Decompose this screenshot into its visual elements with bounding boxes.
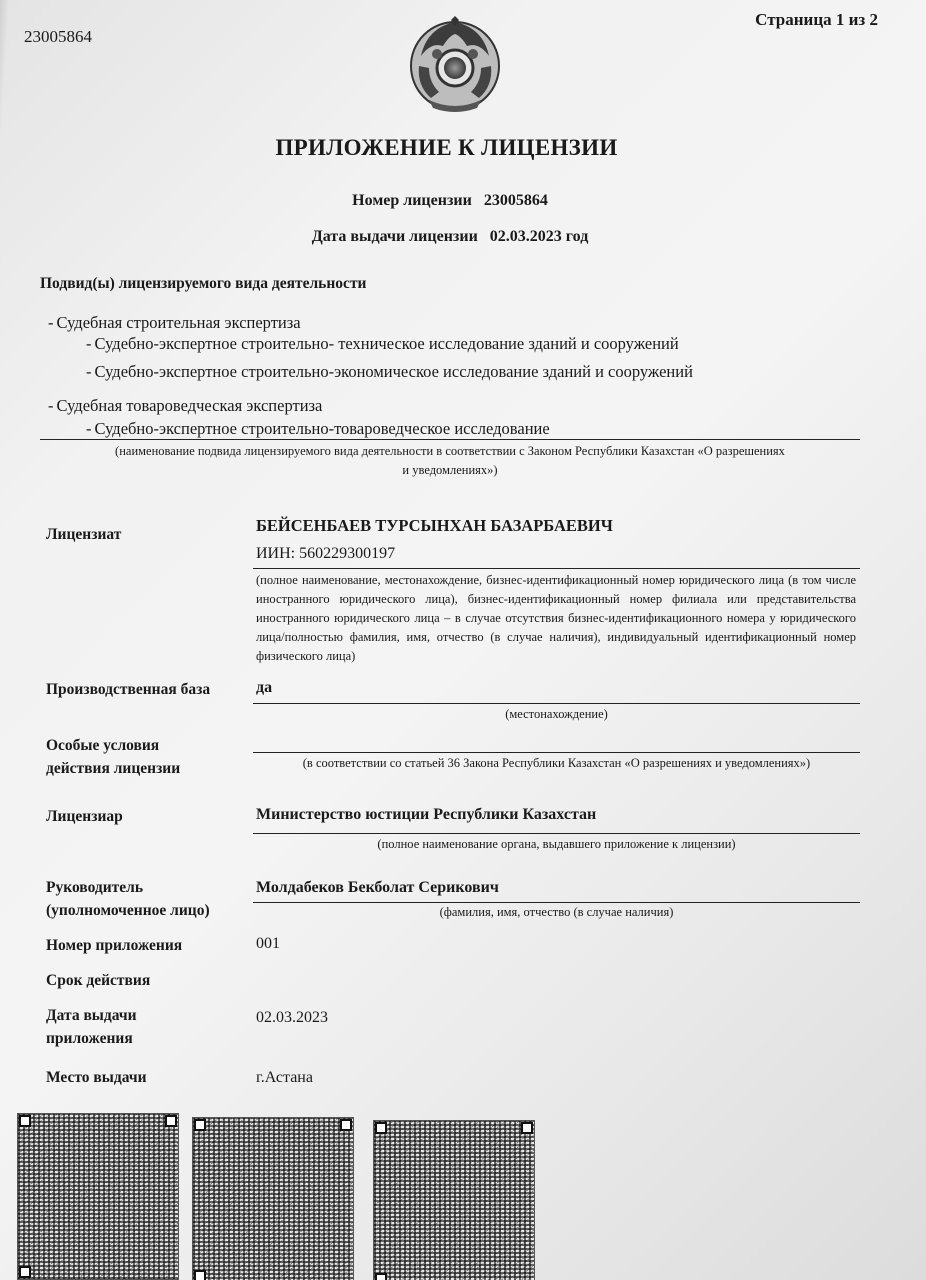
qr-finder-icon: [19, 1115, 31, 1127]
head-value: Молдабеков Бекболат Серикович: [256, 879, 499, 897]
activity-subitem: -Судебно-экспертное строительно-экономич…: [86, 362, 693, 382]
bullet-dash: -: [86, 362, 92, 381]
head-caption: (фамилия, имя, отчество (в случае наличи…: [253, 903, 860, 922]
appendix-number-value: 001: [256, 935, 280, 953]
qr-finder-icon: [375, 1273, 387, 1280]
bullet-dash: -: [48, 396, 54, 415]
qr-finder-icon: [194, 1270, 206, 1280]
bullet-dash: -: [86, 419, 92, 438]
activities-caption: (наименование подвида лицензируемого вид…: [30, 442, 870, 480]
activity-item: -Судебная товароведческая экспертиза: [48, 396, 322, 416]
state-emblem-icon: [407, 16, 503, 116]
validity-label: Срок действия: [46, 969, 150, 992]
qr-finder-icon: [521, 1122, 533, 1134]
licensee-label: Лицензиат: [46, 523, 121, 546]
bullet-dash: -: [48, 313, 54, 332]
qr-finder-icon: [165, 1115, 177, 1127]
qr-code-3: [373, 1120, 535, 1280]
activity-item: -Судебная строительная экспертиза: [48, 313, 301, 333]
special-conditions-caption: (в соответствии со статьей 36 Закона Рес…: [253, 754, 860, 773]
page-counter: Страница 1 из 2: [755, 10, 878, 30]
license-number-line: Номер лицензии 23005864: [0, 192, 900, 210]
appendix-number-label: Номер приложения: [46, 934, 182, 957]
appendix-date-value: 02.03.2023: [256, 1009, 328, 1027]
licensor-value: Министерство юстиции Республики Казахста…: [256, 806, 596, 824]
qr-code-1: [17, 1113, 179, 1280]
activities-underline: [40, 439, 860, 440]
qr-code-2: [192, 1117, 354, 1280]
qr-finder-icon: [375, 1122, 387, 1134]
license-number-value: 23005864: [484, 192, 548, 209]
head-label: Руководитель (уполномоченное лицо): [46, 876, 210, 922]
licensee-iin: ИИН: 560229300197: [256, 545, 395, 563]
license-issue-date-value: 02.03.2023 год: [490, 228, 589, 245]
license-issue-date-label: Дата выдачи лицензии: [312, 228, 478, 245]
license-issue-date-line: Дата выдачи лицензии 02.03.2023 год: [0, 228, 900, 246]
licensee-name: БЕЙСЕНБАЕВ ТУРСЫНХАН БАЗАРБАЕВИЧ: [256, 516, 613, 536]
bullet-dash: -: [86, 334, 92, 353]
activity-subitem: -Судебно-экспертное строительно- техниче…: [86, 334, 679, 354]
qr-finder-icon: [340, 1119, 352, 1131]
appendix-date-label: Дата выдачи приложения: [46, 1004, 137, 1050]
activity-subitem: -Судебно-экспертное строительно-товарове…: [86, 419, 550, 439]
qr-finder-icon: [19, 1266, 31, 1278]
place-value: г.Астана: [256, 1069, 313, 1087]
production-base-caption: (местонахождение): [253, 705, 860, 724]
document-title: ПРИЛОЖЕНИЕ К ЛИЦЕНЗИИ: [0, 135, 893, 161]
production-base-value: да: [256, 679, 272, 697]
corner-license-number: 23005864: [24, 27, 92, 47]
licensor-label: Лицензиар: [46, 805, 123, 828]
place-label: Место выдачи: [46, 1066, 147, 1089]
special-conditions-label: Особые условия действия лицензии: [46, 734, 180, 780]
licensee-caption: (полное наименование, местонахождение, б…: [256, 571, 856, 666]
licensor-caption: (полное наименование органа, выдавшего п…: [253, 835, 860, 854]
production-base-underline: [253, 703, 860, 704]
licensee-underline: [253, 568, 860, 569]
qr-finder-icon: [194, 1119, 206, 1131]
special-conditions-underline: [253, 752, 860, 753]
license-number-label: Номер лицензии: [352, 192, 472, 209]
production-base-label: Производственная база: [46, 678, 210, 701]
licensor-underline: [253, 833, 860, 834]
activities-heading: Подвид(ы) лицензируемого вида деятельнос…: [40, 275, 366, 293]
